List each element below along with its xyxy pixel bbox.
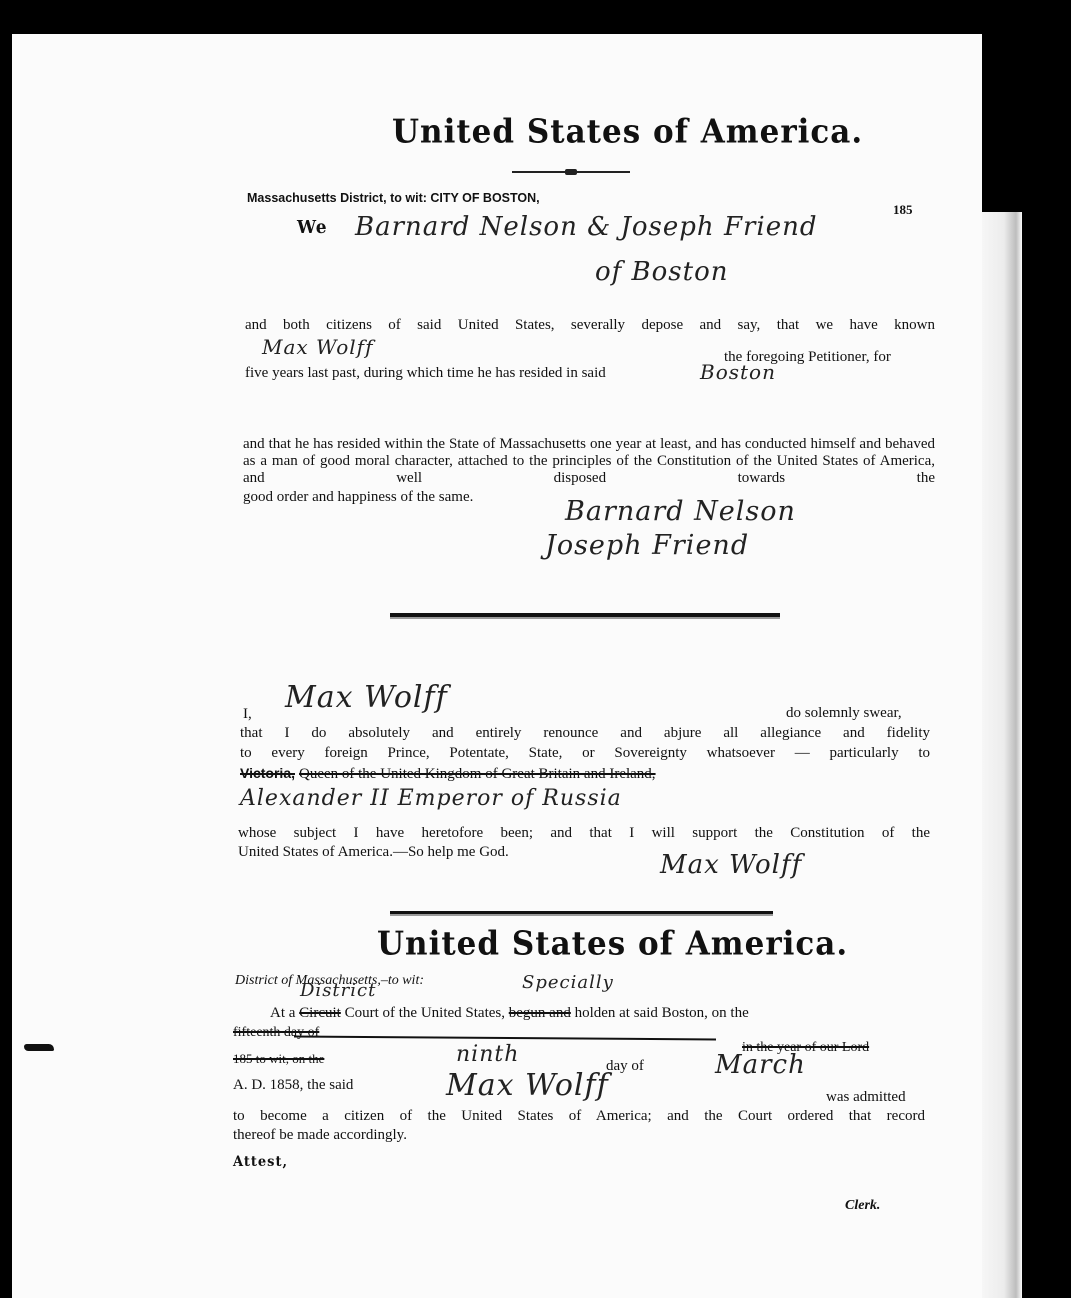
underlying-page-edge [982, 212, 1022, 1298]
signature-witness-2: Joseph Friend [545, 530, 749, 561]
struck-circuit: Circuit [299, 1005, 341, 1021]
struck-sovereign-line: Victoria, Queen of the United Kingdom of… [240, 765, 656, 783]
deposition-paragraph-2-last: good order and happiness of the same. [243, 489, 473, 506]
struck-fifteenth: fifteenth day of [233, 1025, 319, 1041]
oath-line-2: to every foreign Prince, Potentate, Stat… [240, 745, 930, 762]
handwritten-day: ninth [456, 1042, 519, 1067]
oath-line-last: United States of America.—So help me God… [238, 844, 509, 861]
handwritten-month: March [715, 1050, 806, 1080]
signature-witness-1: Barnard Nelson [565, 496, 796, 527]
handwritten-place: Boston [700, 360, 776, 384]
court-line-1: At a Circuit Court of the United States,… [270, 1005, 749, 1022]
district-line: Massachusetts District, to wit: CITY OF … [247, 191, 540, 205]
struck-185-to-wit: 185 to wit, on the [233, 1051, 324, 1067]
ad-year: A. D. 1858, the said [233, 1077, 353, 1094]
deposition-line-1: and both citizens of said United States,… [245, 317, 935, 334]
struck-victoria: Victoria, [240, 765, 295, 781]
year-prefix: 185 [893, 202, 913, 218]
court-line-thereof: thereof be made accordingly. [233, 1127, 407, 1144]
ornament-divider [512, 171, 630, 173]
oath-swear: do solemnly swear, [786, 705, 902, 722]
court-line-citizen: to become a citizen of the United States… [233, 1108, 925, 1125]
handwritten-witnesses: Barnard Nelson & Joseph Friend [355, 212, 818, 242]
oath-line-1: that I do absolutely and entirely renoun… [240, 725, 930, 742]
handwritten-admitted-name: Max Wolff [446, 1068, 609, 1103]
struck-begun: begun and [509, 1005, 571, 1021]
deposition-line-3: five years last past, during which time … [245, 365, 606, 382]
section-divider-2 [390, 911, 773, 914]
oath-i-label: I, [243, 706, 252, 723]
scan-artifact [24, 1044, 54, 1051]
we-label: We [297, 218, 328, 239]
struck-queen-text: Queen of the United Kingdom of Great Bri… [299, 766, 656, 782]
court-text: Court of the United States, [345, 1005, 505, 1021]
admitted-text: was admitted [826, 1089, 906, 1106]
handwritten-special: Specially [522, 972, 614, 993]
oath-line-after: whose subject I have heretofore been; an… [238, 825, 930, 842]
day-of-text: day of [606, 1058, 644, 1075]
handwritten-court-type: District [300, 980, 376, 1001]
section-divider-1 [390, 613, 780, 617]
handwritten-residence: of Boston [595, 257, 729, 287]
holden-text: holden at said Boston, on the [575, 1005, 749, 1021]
handwritten-petitioner: Max Wolff [262, 335, 373, 359]
page-title: United States of America. [392, 113, 863, 151]
at-a-text: At a [270, 1005, 295, 1021]
handwritten-sovereign: Alexander II Emperor of Russia [240, 786, 622, 811]
handwritten-oath-name: Max Wolff [285, 680, 448, 715]
clerk-label: Clerk. [845, 1198, 880, 1214]
attest-label: Attest, [233, 1155, 288, 1171]
court-title: United States of America. [377, 925, 848, 963]
deposition-paragraph-2: and that he has resided within the State… [243, 436, 935, 487]
signature-petitioner: Max Wolff [660, 850, 802, 880]
